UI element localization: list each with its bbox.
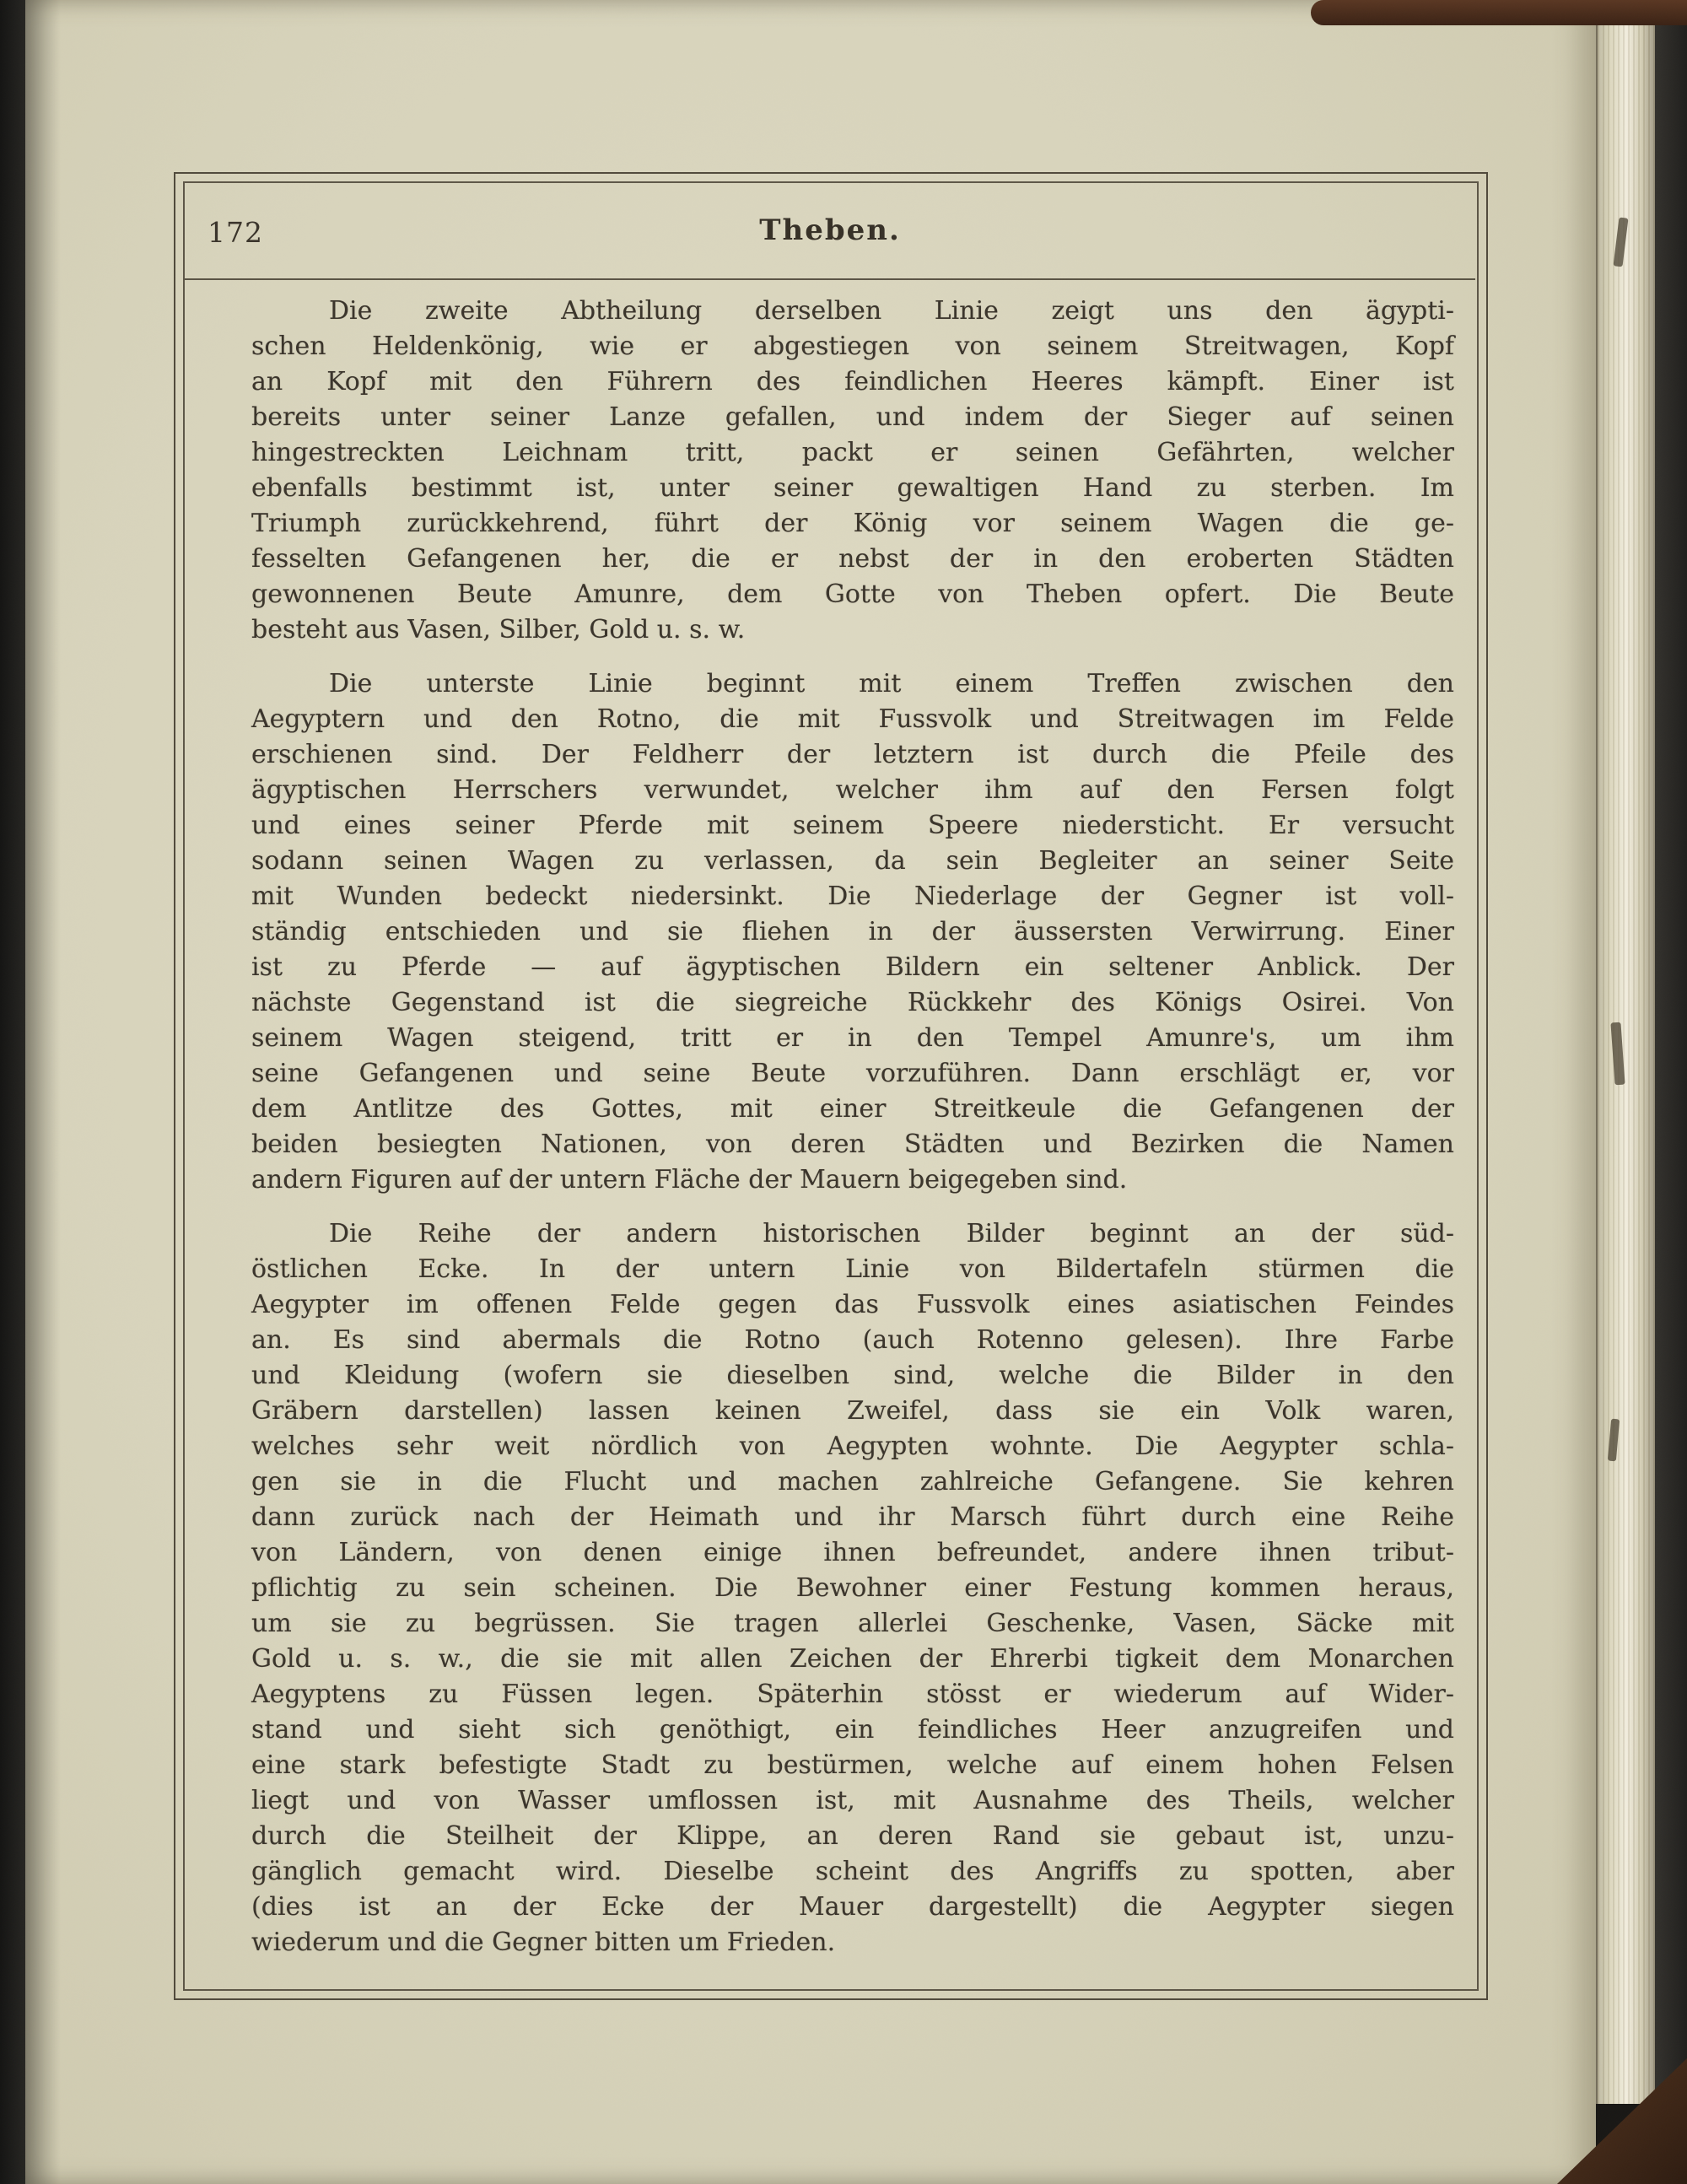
paragraph: Die zweite Abtheilung derselben Linie ze… [251,294,1454,648]
text-line: an. Es sind abermals die Rotno (auch Rot… [251,1323,1454,1358]
paragraph: Die Reihe der andern historischen Bilder… [251,1216,1454,1960]
text-line: ständig entschieden und sie fliehen in d… [251,914,1454,950]
text-line: besteht aus Vasen, Silber, Gold u. s. w. [251,612,1454,648]
text-line: (dies ist an der Ecke der Mauer dargeste… [251,1890,1454,1925]
page-text: Die zweite Abtheilung derselben Linie ze… [251,294,1454,1960]
text-line: und eines seiner Pferde mit seinem Speer… [251,808,1454,844]
page-edges [1596,20,1658,2104]
text-line: dann zurück nach der Heimath und ihr Mar… [251,1500,1454,1535]
text-line: Die zweite Abtheilung derselben Linie ze… [251,294,1454,329]
text-line: Die Reihe der andern historischen Bilder… [251,1216,1454,1252]
text-line: ägyptischen Herrschers verwundet, welche… [251,773,1454,808]
text-line: stand und sieht sich genöthigt, ein fein… [251,1712,1454,1748]
text-line: dem Antlitze des Gottes, mit einer Strei… [251,1092,1454,1127]
text-line: gewonnenen Beute Amunre, dem Gotte von T… [251,577,1454,612]
scan-background-right [1655,0,1687,2184]
text-line: seine Gefangenen und seine Beute vorzufü… [251,1056,1454,1092]
text-line: durch die Steilheit der Klippe, an deren… [251,1819,1454,1854]
text-line: nächste Gegenstand ist die siegreiche Rü… [251,985,1454,1021]
page-title: Theben. [185,213,1475,247]
scan-background-left [0,0,25,2184]
text-line: Aegyptern und den Rotno, die mit Fussvol… [251,702,1454,737]
text-line: schen Heldenkönig, wie er abgestiegen vo… [251,329,1454,364]
text-line: Gräbern darstellen) lassen keinen Zweife… [251,1394,1454,1429]
text-line: beiden besiegten Nationen, von deren Stä… [251,1127,1454,1162]
text-line: gen sie in die Flucht und machen zahlrei… [251,1464,1454,1500]
text-line: ebenfalls bestimmt ist, unter seiner gew… [251,471,1454,506]
text-line: eine stark befestigte Stadt zu bestürmen… [251,1748,1454,1783]
text-line: Triumph zurückkehrend, führt der König v… [251,506,1454,542]
paragraph: Die unterste Linie beginnt mit einem Tre… [251,666,1454,1198]
text-line: pflichtig zu sein scheinen. Die Bewohner… [251,1571,1454,1606]
text-line: Gold u. s. w., die sie mit allen Zeichen… [251,1642,1454,1677]
text-line: sodann seinen Wagen zu verlassen, da sei… [251,844,1454,879]
text-line: gänglich gemacht wird. Dieselbe scheint … [251,1854,1454,1890]
text-line: andern Figuren auf der untern Fläche der… [251,1162,1454,1198]
text-line: an Kopf mit den Führern des feindlichen … [251,364,1454,400]
scanned-book-page: 172 Theben. Die zweite Abtheilung dersel… [0,0,1687,2184]
text-line: Die unterste Linie beginnt mit einem Tre… [251,666,1454,702]
book-cover-edge-top [1311,0,1687,25]
text-line: um sie zu begrüssen. Sie tragen allerlei… [251,1606,1454,1642]
text-line: welches sehr weit nördlich von Aegypten … [251,1429,1454,1464]
text-line: Aegypter im offenen Felde gegen das Fuss… [251,1287,1454,1323]
text-line: wiederum und die Gegner bitten um Friede… [251,1925,1454,1960]
text-line: östlichen Ecke. In der untern Linie von … [251,1252,1454,1287]
text-line: ist zu Pferde — auf ägyptischen Bildern … [251,950,1454,985]
text-line: mit Wunden bedeckt niedersinkt. Die Nied… [251,879,1454,914]
text-line: hingestreckten Leichnam tritt, packt er … [251,435,1454,471]
text-line: bereits unter seiner Lanze gefallen, und… [251,400,1454,435]
text-line: erschienen sind. Der Feldherr der letzte… [251,737,1454,773]
text-line: von Ländern, von denen einige ihnen befr… [251,1535,1454,1571]
page-left-shadow [25,0,61,2184]
text-line: seinem Wagen steigend, tritt er in den T… [251,1021,1454,1056]
text-line: Aegyptens zu Füssen legen. Späterhin stö… [251,1677,1454,1712]
text-line: liegt und von Wasser umflossen ist, mit … [251,1783,1454,1819]
text-line: fesselten Gefangenen her, die er nebst d… [251,542,1454,577]
text-line: und Kleidung (wofern sie dieselben sind,… [251,1358,1454,1394]
header-rule [185,278,1475,280]
